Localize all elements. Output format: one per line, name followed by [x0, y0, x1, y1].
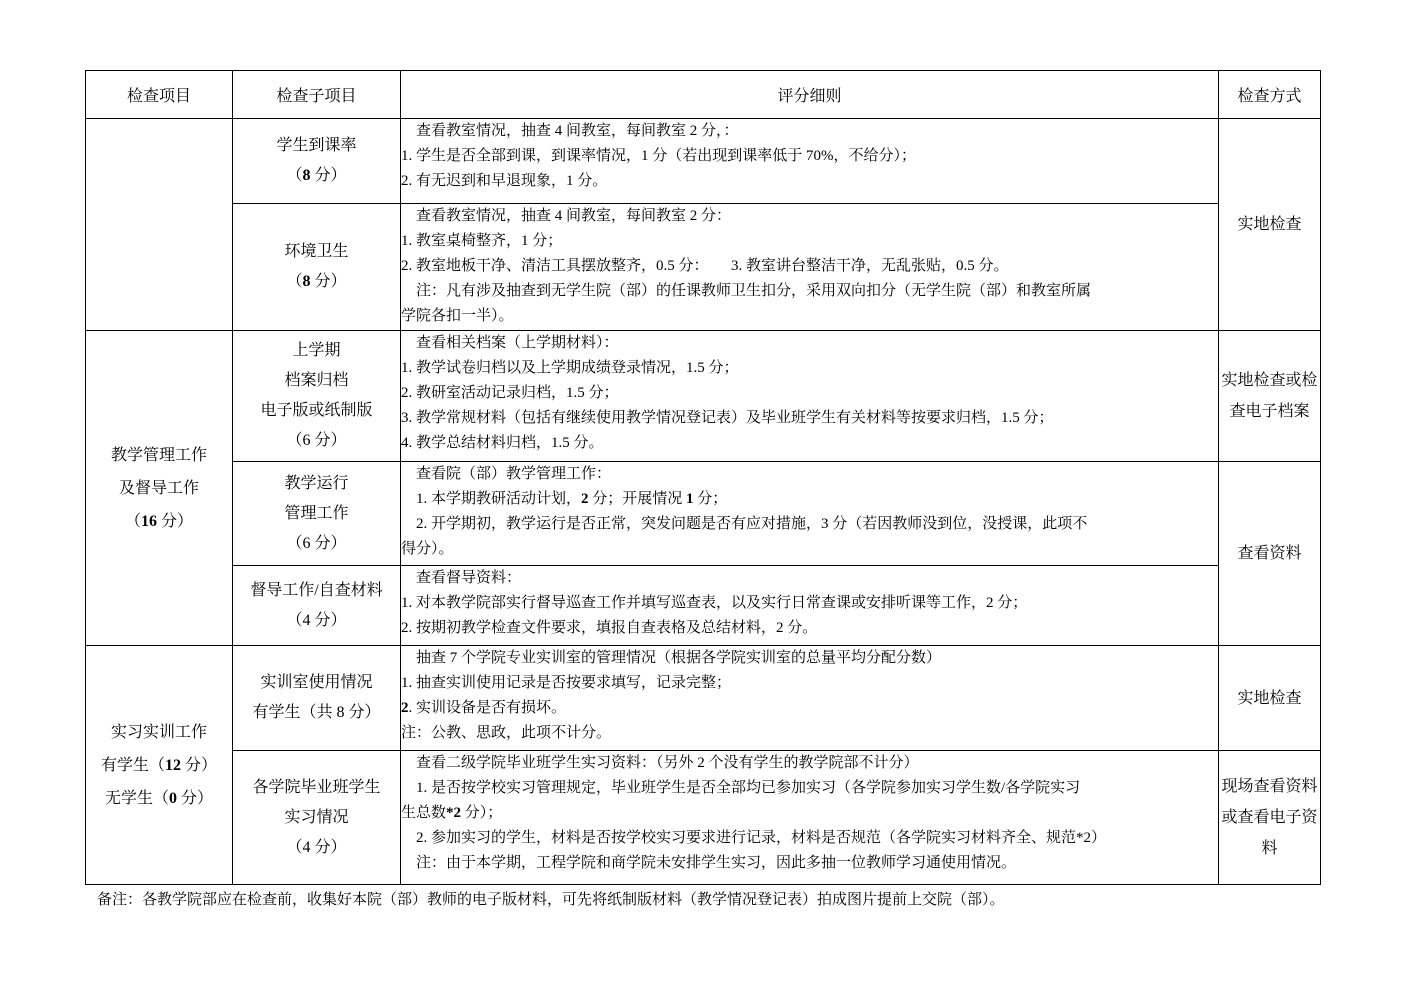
method-onsite-inspection-2: 实地检查 [1219, 646, 1321, 751]
table-header-row: 检查项目 检查子项目 评分细则 检查方式 [86, 71, 1321, 119]
header-scoring-rules: 评分细则 [401, 71, 1219, 119]
method-onsite-or-edata: 现场查看资料或查看电子资料 [1219, 751, 1321, 885]
subitem-archive-filing: 上学期档案归档电子版或纸制版（6 分） [233, 331, 401, 462]
detail-training-room-usage: 抽查 7 个学院专业实训室的管理情况（根据各学院实训室的总量平均分配分数）1. … [401, 646, 1219, 751]
detail-teaching-operation: 查看院（部）教学管理工作： 1. 本学期教研活动计划，2 分；开展情况 1 分；… [401, 462, 1219, 566]
group-cell-practice-training: 实习实训工作有学生（12 分）无学生（0 分） [86, 646, 233, 885]
header-inspection-subitem: 检查子项目 [233, 71, 401, 119]
detail-student-attendance: 查看教室情况，抽查 4 间教室，每间教室 2 分，：1. 学生是否全部到课，到课… [401, 119, 1219, 204]
header-inspection-item: 检查项目 [86, 71, 233, 119]
method-review-materials: 查看资料 [1219, 462, 1321, 646]
group-cell-teaching-management: 教学管理工作及督导工作（16 分） [86, 331, 233, 646]
document-page: 检查项目 检查子项目 评分细则 检查方式 学生到课率（8 分） 查看教室情况，抽… [0, 0, 1403, 992]
subitem-teaching-operation: 教学运行管理工作（6 分） [233, 462, 401, 566]
subitem-graduate-internship: 各学院毕业班学生实习情况（4 分） [233, 751, 401, 885]
subitem-training-room-usage: 实训室使用情况有学生（共 8 分） [233, 646, 401, 751]
table-row: 教学运行管理工作（6 分） 查看院（部）教学管理工作： 1. 本学期教研活动计划… [86, 462, 1321, 566]
table-row: 教学管理工作及督导工作（16 分） 上学期档案归档电子版或纸制版（6 分） 查看… [86, 331, 1321, 462]
table-row: 环境卫生（8 分） 查看教室情况，抽查 4 间教室，每间教室 2 分：1. 教室… [86, 204, 1321, 331]
detail-supervision-selfcheck: 查看督导资料：1. 对本教学院部实行督导巡查工作并填写巡查表，以及实行日常查课或… [401, 566, 1219, 646]
method-onsite-or-earchive: 实地检查或检查电子档案 [1219, 331, 1321, 462]
inspection-rubric-table: 检查项目 检查子项目 评分细则 检查方式 学生到课率（8 分） 查看教室情况，抽… [85, 70, 1321, 885]
group-cell-empty [86, 119, 233, 331]
subitem-student-attendance: 学生到课率（8 分） [233, 119, 401, 204]
method-onsite-inspection-1: 实地检查 [1219, 119, 1321, 331]
table-row: 各学院毕业班学生实习情况（4 分） 查看二级学院毕业班学生实习资料：（另外 2 … [86, 751, 1321, 885]
detail-environment-hygiene: 查看教室情况，抽查 4 间教室，每间教室 2 分：1. 教室桌椅整齐，1 分；2… [401, 204, 1219, 331]
header-inspection-method: 检查方式 [1219, 71, 1321, 119]
table-row: 实习实训工作有学生（12 分）无学生（0 分） 实训室使用情况有学生（共 8 分… [86, 646, 1321, 751]
subitem-supervision-selfcheck: 督导工作/自查材料（4 分） [233, 566, 401, 646]
footer-note: 备注：各教学院部应在检查前，收集好本院（部）教师的电子版材料，可先将纸制版材料（… [97, 888, 1005, 909]
table-row: 学生到课率（8 分） 查看教室情况，抽查 4 间教室，每间教室 2 分，：1. … [86, 119, 1321, 204]
detail-archive-filing: 查看相关档案（上学期材料）：1. 教学试卷归档以及上学期成绩登录情况，1.5 分… [401, 331, 1219, 462]
table-row: 督导工作/自查材料（4 分） 查看督导资料：1. 对本教学院部实行督导巡查工作并… [86, 566, 1321, 646]
subitem-environment-hygiene: 环境卫生（8 分） [233, 204, 401, 331]
detail-graduate-internship: 查看二级学院毕业班学生实习资料：（另外 2 个没有学生的教学院部不计分） 1. … [401, 751, 1219, 885]
